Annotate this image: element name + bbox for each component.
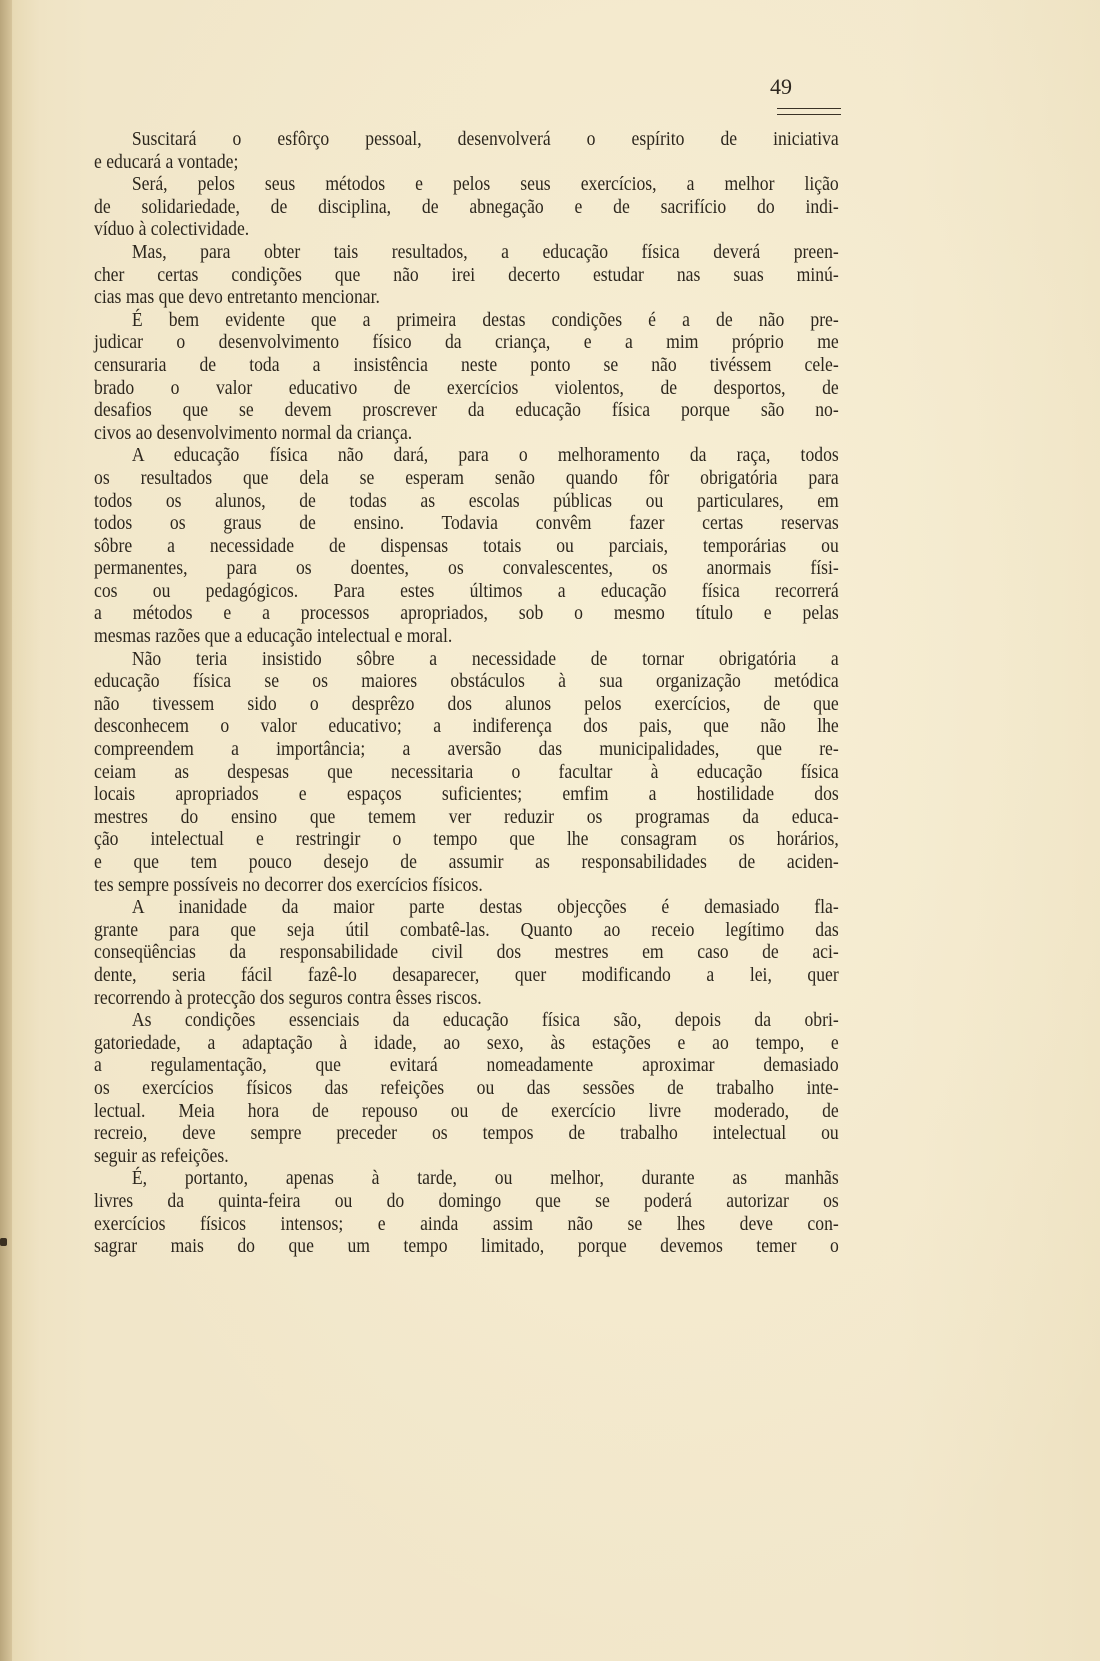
text-line: cos ou pedagógicos. Para estes últimos a… (94, 580, 839, 603)
text-line: não tivessem sido o desprêzo dos alunos … (94, 693, 839, 716)
text-line: desconhecem o valor educativo; a indifer… (94, 715, 839, 738)
page-gutter-shadow (0, 0, 12, 1661)
text-line: desafios que se devem proscrever da educ… (94, 399, 839, 422)
text-line: tes sempre possíveis no decorrer dos exe… (94, 874, 839, 897)
text-line: a métodos e a processos apropriados, sob… (94, 602, 839, 625)
text-line: todos os graus de ensino. Todavia convêm… (94, 512, 839, 535)
text-line: mesmas razões que a educação intelectual… (94, 625, 839, 648)
text-line: brado o valor educativo de exercícios vi… (94, 377, 839, 400)
text-line: exercícios físicos intensos; e ainda ass… (94, 1213, 839, 1236)
text-line: livres da quinta-feira ou do domingo que… (94, 1190, 839, 1213)
text-line: permanentes, para os doentes, os convale… (94, 557, 839, 580)
text-line: judicar o desenvolvimento físico da cria… (94, 331, 839, 354)
text-line: cher certas condições que não irei decer… (94, 264, 839, 287)
text-line: ção intelectual e restringir o tempo que… (94, 828, 839, 851)
text-line: Mas, para obter tais resultados, a educa… (94, 241, 839, 264)
text-line: os exercícios físicos das refeições ou d… (94, 1077, 839, 1100)
text-line: A inanidade da maior parte destas objecç… (94, 896, 839, 919)
text-line: grante para que seja útil combatê-las. Q… (94, 919, 839, 942)
text-line: civos ao desenvolvimento normal da crian… (94, 422, 839, 445)
text-line: As condições essenciais da educação físi… (94, 1009, 839, 1032)
text-line: todos os alunos, de todas as escolas púb… (94, 490, 839, 513)
text-line: e que tem pouco desejo de assumir as res… (94, 851, 839, 874)
text-line: educação física se os maiores obstáculos… (94, 670, 839, 693)
book-page: 49 Suscitará o esfôrço pessoal, desenvol… (0, 0, 1100, 1661)
text-line: a regulamentação, que evitará nomeadamen… (94, 1054, 839, 1077)
text-line: e educará a vontade; (94, 151, 839, 174)
text-line: ceiam as despesas que necessitaria o fac… (94, 761, 839, 784)
text-line: sagrar mais do que um tempo limitado, po… (94, 1235, 839, 1258)
text-line: conseqüências da responsabilidade civil … (94, 941, 839, 964)
text-line: compreendem a importância; a aversão das… (94, 738, 839, 761)
margin-ink-mark (0, 1238, 7, 1246)
text-line: Será, pelos seus métodos e pelos seus ex… (94, 173, 839, 196)
text-line: seguir as refeições. (94, 1145, 839, 1168)
header-double-rule (777, 108, 841, 115)
text-line: lectual. Meia hora de repouso ou de exer… (94, 1100, 839, 1123)
text-line: cias mas que devo entretanto mencionar. (94, 286, 839, 309)
text-line: recorrendo à protecção dos seguros contr… (94, 987, 839, 1010)
page-number: 49 (770, 74, 792, 100)
body-text: Suscitará o esfôrço pessoal, desenvolver… (94, 128, 839, 1258)
text-line: locais apropriados e espaços suficientes… (94, 783, 839, 806)
text-line: os resultados que dela se esperam senão … (94, 467, 839, 490)
text-line: A educação física não dará, para o melho… (94, 444, 839, 467)
text-line: É bem evidente que a primeira destas con… (94, 309, 839, 332)
text-line: É, portanto, apenas à tarde, ou melhor, … (94, 1167, 839, 1190)
text-line: Suscitará o esfôrço pessoal, desenvolver… (94, 128, 839, 151)
text-line: víduo à colectividade. (94, 218, 839, 241)
text-line: recreio, deve sempre preceder os tempos … (94, 1122, 839, 1145)
text-line: censuraria de toda a insistência neste p… (94, 354, 839, 377)
text-line: sôbre a necessidade de dispensas totais … (94, 535, 839, 558)
text-line: de solidariedade, de disciplina, de abne… (94, 196, 839, 219)
text-line: mestres do ensino que temem ver reduzir … (94, 806, 839, 829)
text-line: gatoriedade, a adaptação à idade, ao sex… (94, 1032, 839, 1055)
text-line: Não teria insistido sôbre a necessidade … (94, 648, 839, 671)
text-line: dente, seria fácil fazê-lo desaparecer, … (94, 964, 839, 987)
